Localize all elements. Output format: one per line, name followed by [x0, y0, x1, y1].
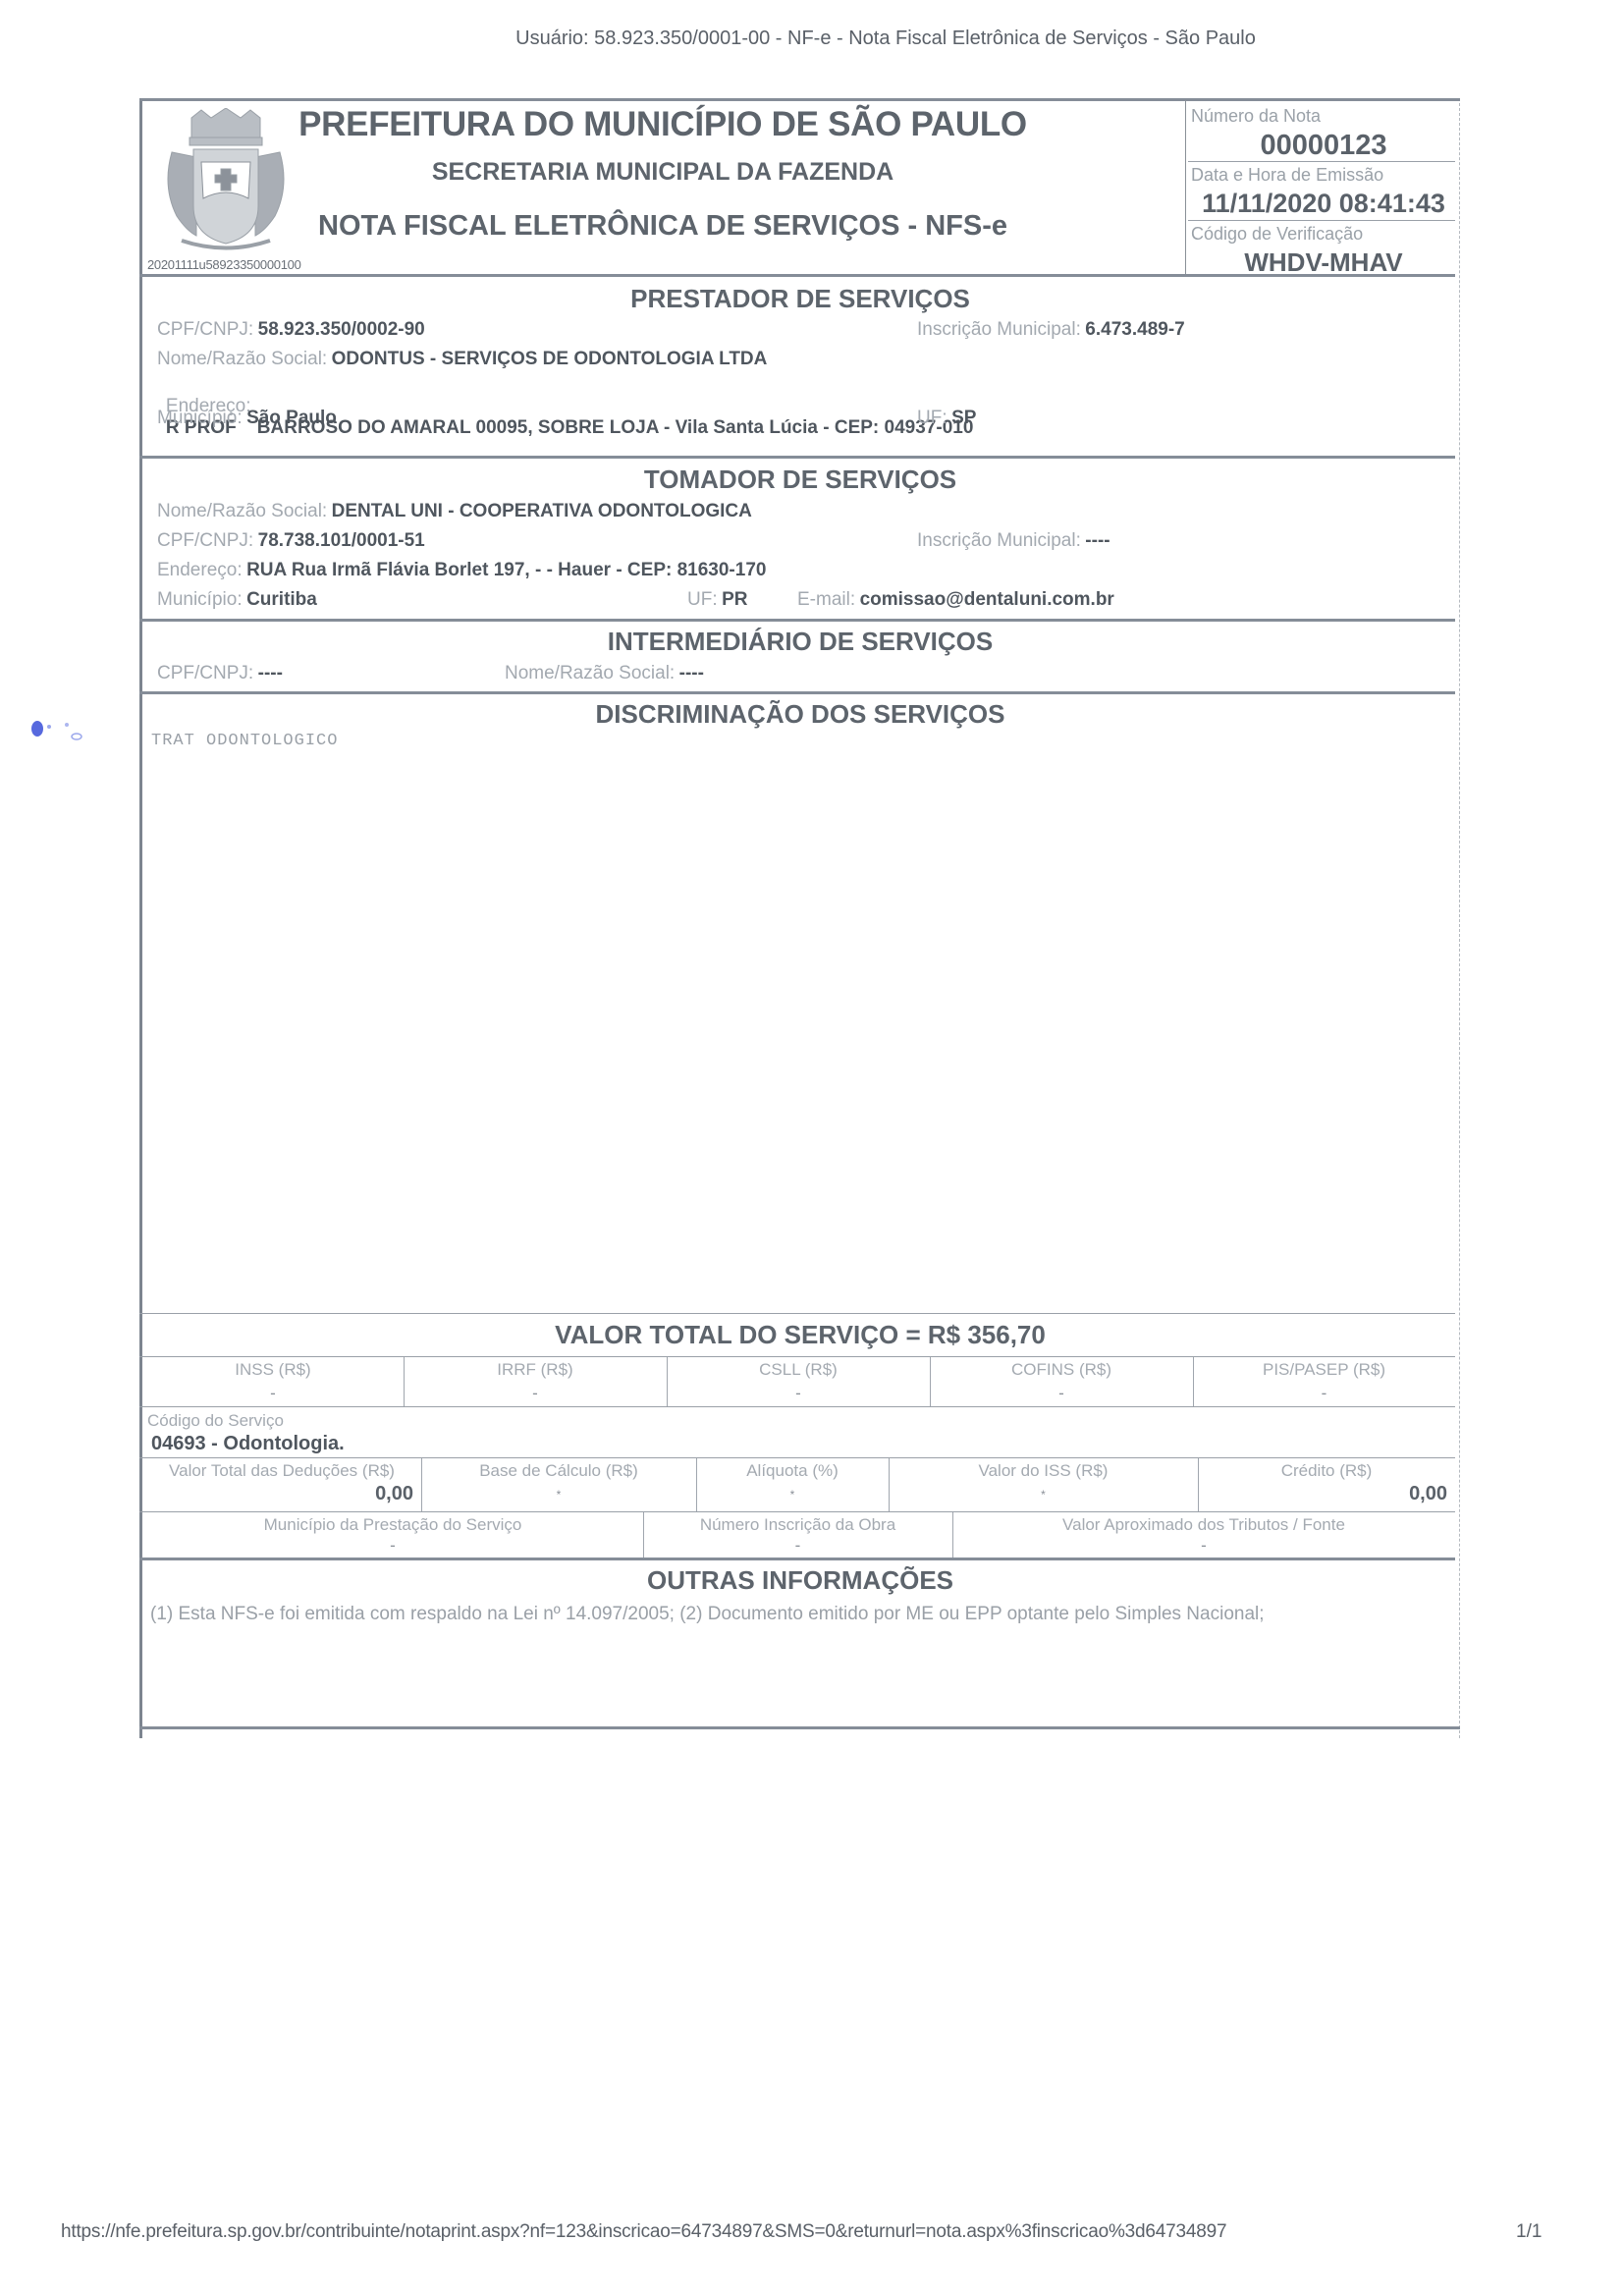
customer-address-value: RUA Rua Irmã Flávia Borlet 197, - - Haue…: [246, 560, 766, 580]
provider-cnpj-value: 58.923.350/0002-90: [258, 319, 425, 340]
extra-cell: Valor Aproximado dos Tributos / Fonte-: [952, 1512, 1455, 1558]
tax-cell: PIS/PASEP (R$)-: [1193, 1357, 1455, 1406]
section-divider: [139, 456, 1455, 459]
provider-city: Município: São Paulo: [157, 408, 337, 429]
section-divider: [139, 274, 1455, 277]
provider-state: UF: SP: [917, 408, 976, 429]
provider-state-label: UF:: [917, 408, 947, 428]
tax-value: -: [404, 1384, 667, 1403]
service-total-value: VALOR TOTAL DO SERVIÇO = R$ 356,70: [142, 1320, 1458, 1350]
provider-im-label: Inscrição Municipal:: [917, 319, 1081, 340]
extra-label: Valor Aproximado dos Tributos / Fonte: [952, 1515, 1455, 1535]
customer-name-label: Nome/Razão Social:: [157, 501, 327, 521]
section-divider: [139, 619, 1455, 622]
other-info-title: OUTRAS INFORMAÇÕES: [142, 1565, 1458, 1596]
tax-label: IRRF (R$): [404, 1360, 667, 1380]
tax-cell: CSLL (R$)-: [667, 1357, 930, 1406]
customer-email-value: comissao@dentaluni.com.br: [860, 589, 1114, 610]
tax-value: -: [1193, 1384, 1455, 1403]
print-page-number: 1/1: [1516, 2221, 1542, 2243]
extra-value: -: [643, 1536, 952, 1556]
service-code-label: Código do Serviço: [147, 1411, 284, 1431]
provider-state-value: SP: [951, 408, 976, 428]
calc-cell: Crédito (R$)0,00: [1198, 1458, 1455, 1511]
section-divider: [139, 1313, 1455, 1314]
tax-cell: INSS (R$)-: [142, 1357, 404, 1406]
intermediary-name-label: Nome/Razão Social:: [505, 663, 675, 683]
customer-address-label: Endereço:: [157, 560, 243, 580]
table-divider: [139, 1406, 1455, 1407]
calc-cell: Valor Total das Deduções (R$)0,00: [142, 1458, 421, 1511]
frame-top-border: [139, 98, 1460, 101]
calc-value: 0,00: [142, 1483, 413, 1505]
section-divider: [139, 1558, 1455, 1560]
customer-section-title: TOMADOR DE SERVIÇOS: [142, 465, 1458, 495]
service-code-value: 04693 - Odontologia.: [151, 1433, 345, 1455]
customer-im-value: ----: [1085, 530, 1110, 551]
intermediary-cnpj-label: CPF/CNPJ:: [157, 663, 253, 683]
intermediary-name: Nome/Razão Social: ----: [505, 663, 704, 684]
frame-bottom-border: [139, 1726, 1460, 1729]
note-number-label: Número da Nota: [1191, 106, 1321, 127]
tax-label: COFINS (R$): [930, 1360, 1193, 1380]
customer-city-value: Curitiba: [246, 589, 317, 610]
note-number-value: 00000123: [1188, 130, 1459, 162]
provider-city-label: Município:: [157, 408, 243, 428]
customer-state: UF: PR: [687, 589, 747, 611]
calc-label: Valor Total das Deduções (R$): [142, 1461, 421, 1481]
provider-city-value: São Paulo: [246, 408, 337, 428]
customer-im-label: Inscrição Municipal:: [917, 530, 1081, 551]
calc-cell: Base de Cálculo (R$)*: [421, 1458, 696, 1511]
extra-cell: Município da Prestação do Serviço-: [142, 1512, 643, 1558]
customer-cnpj: CPF/CNPJ: 78.738.101/0001-51: [157, 530, 425, 552]
extra-label: Número Inscrição da Obra: [643, 1515, 952, 1535]
calc-label: Crédito (R$): [1198, 1461, 1455, 1481]
extra-value: -: [142, 1536, 643, 1556]
document-barcode-id: 20201111u58923350000100: [147, 257, 301, 272]
tax-label: CSLL (R$): [667, 1360, 930, 1380]
tax-value: -: [142, 1384, 404, 1403]
customer-cnpj-value: 78.738.101/0001-51: [258, 530, 425, 551]
extra-value: -: [952, 1536, 1455, 1556]
federal-taxes-row: INSS (R$)-IRRF (R$)-CSLL (R$)-COFINS (R$…: [142, 1357, 1455, 1406]
secretariat-subtitle: SECRETARIA MUNICIPAL DA FAZENDA: [142, 158, 1183, 187]
verification-code-label: Código de Verificação: [1191, 224, 1363, 245]
tax-cell: COFINS (R$)-: [930, 1357, 1193, 1406]
calc-label: Alíquota (%): [696, 1461, 889, 1481]
provider-cnpj-label: CPF/CNPJ:: [157, 319, 253, 340]
tax-label: PIS/PASEP (R$): [1193, 1360, 1455, 1380]
section-divider: [139, 691, 1455, 694]
provider-municipal-registration: Inscrição Municipal: 6.473.489-7: [917, 319, 1185, 341]
calc-value: *: [696, 1488, 889, 1502]
issue-datetime-label: Data e Hora de Emissão: [1191, 165, 1383, 186]
customer-email: E-mail: comissao@dentaluni.com.br: [797, 589, 1114, 611]
extra-cell: Número Inscrição da Obra-: [643, 1512, 952, 1558]
issue-datetime-value: 11/11/2020 08:41:43: [1188, 189, 1459, 219]
calc-cell: Alíquota (%)*: [696, 1458, 889, 1511]
customer-email-label: E-mail:: [797, 589, 855, 610]
tax-label: INSS (R$): [142, 1360, 404, 1380]
calc-value: 0,00: [1198, 1483, 1447, 1505]
intermediary-name-value: ----: [679, 663, 704, 683]
other-info-text: (1) Esta NFS-e foi emitida com respaldo …: [150, 1603, 1407, 1626]
services-description-text: TRAT ODONTOLOGICO: [151, 732, 338, 750]
document-title: NOTA FISCAL ELETRÔNICA DE SERVIÇOS - NFS…: [142, 210, 1183, 243]
print-header: Usuário: 58.923.350/0001-00 - NF-e - Not…: [0, 27, 1624, 50]
tax-value: -: [930, 1384, 1193, 1403]
scan-ink-mark-icon: [26, 717, 84, 746]
customer-name: Nome/Razão Social: DENTAL UNI - COOPERAT…: [157, 501, 752, 522]
tax-value: -: [667, 1384, 930, 1403]
customer-state-value: PR: [722, 589, 747, 610]
calc-label: Base de Cálculo (R$): [421, 1461, 696, 1481]
tax-cell: IRRF (R$)-: [404, 1357, 667, 1406]
customer-municipal-registration: Inscrição Municipal: ----: [917, 530, 1110, 552]
provider-name-value: ODONTUS - SERVIÇOS DE ODONTOLOGIA LTDA: [332, 349, 768, 369]
note-box-separator: [1188, 161, 1455, 162]
customer-name-value: DENTAL UNI - COOPERATIVA ODONTOLOGICA: [332, 501, 752, 521]
note-box-separator: [1188, 220, 1455, 221]
iss-calculation-row: Valor Total das Deduções (R$)0,00Base de…: [142, 1458, 1455, 1511]
provider-name-label: Nome/Razão Social:: [157, 349, 327, 369]
provider-section-title: PRESTADOR DE SERVIÇOS: [142, 284, 1458, 314]
customer-city-label: Município:: [157, 589, 243, 610]
provider-im-value: 6.473.489-7: [1085, 319, 1184, 340]
intermediary-section-title: INTERMEDIÁRIO DE SERVIÇOS: [142, 627, 1458, 657]
frame-right-border: [1459, 98, 1461, 1738]
calc-value: *: [421, 1488, 696, 1502]
customer-address: Endereço: RUA Rua Irmã Flávia Borlet 197…: [157, 560, 766, 581]
provider-name: Nome/Razão Social: ODONTUS - SERVIÇOS DE…: [157, 349, 767, 370]
intermediary-cnpj-value: ----: [258, 663, 283, 683]
services-description-title: DISCRIMINAÇÃO DOS SERVIÇOS: [142, 699, 1458, 730]
note-box-divider: [1185, 100, 1186, 275]
customer-cnpj-label: CPF/CNPJ:: [157, 530, 253, 551]
print-footer-url: https://nfe.prefeitura.sp.gov.br/contrib…: [61, 2221, 1226, 2243]
provider-cnpj: CPF/CNPJ: 58.923.350/0002-90: [157, 319, 425, 341]
calc-cell: Valor do ISS (R$)*: [889, 1458, 1198, 1511]
calc-value: *: [889, 1488, 1198, 1502]
extra-label: Município da Prestação do Serviço: [142, 1515, 643, 1535]
additional-info-row: Município da Prestação do Serviço-Número…: [142, 1512, 1455, 1558]
calc-label: Valor do ISS (R$): [889, 1461, 1198, 1481]
municipality-title: PREFEITURA DO MUNICÍPIO DE SÃO PAULO: [142, 105, 1183, 144]
customer-state-label: UF:: [687, 589, 718, 610]
intermediary-cnpj: CPF/CNPJ: ----: [157, 663, 283, 684]
customer-city: Município: Curitiba: [157, 589, 317, 611]
